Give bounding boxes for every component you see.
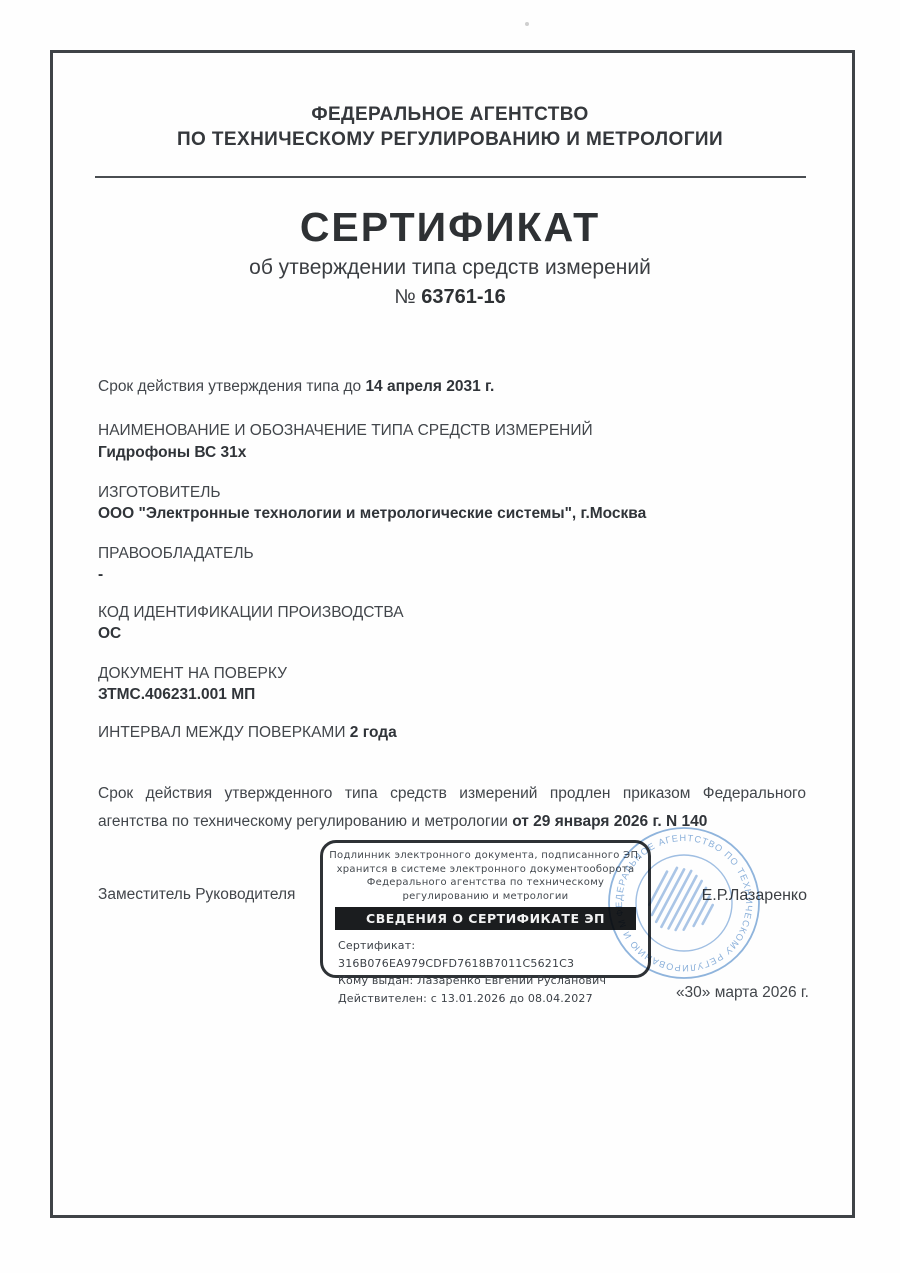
type-name-value: Гидрофоны ВС 31х <box>98 444 246 462</box>
interval-label: ИНТЕРВАЛ МЕЖДУ ПОВЕРКАМИ <box>98 724 350 741</box>
interval-value: 2 года <box>350 724 397 741</box>
esignature-preamble: Подлинник электронного документа, подпис… <box>323 849 648 903</box>
signatory-position: Заместитель Руководителя <box>98 886 295 904</box>
type-name-label: НАИМЕНОВАНИЕ И ОБОЗНАЧЕНИЕ ТИПА СРЕДСТВ … <box>98 422 593 440</box>
prolongation-paragraph: Срок действия утвержденного типа средств… <box>98 780 806 836</box>
esignature-bar-title: СВЕДЕНИЯ О СЕРТИФИКАТЕ ЭП <box>335 907 636 930</box>
agency-header-line2: ПО ТЕХНИЧЕСКОМУ РЕГУЛИРОВАНИЮ И МЕТРОЛОГ… <box>60 127 840 152</box>
agency-header: ФЕДЕРАЛЬНОЕ АГЕНТСТВО ПО ТЕХНИЧЕСКОМУ РЕ… <box>60 102 840 152</box>
document-subtitle: об утверждении типа средств измерений <box>60 256 840 280</box>
esignature-preamble-line2: хранится в системе электронного документ… <box>323 863 648 877</box>
verification-doc-label: ДОКУМЕНТ НА ПОВЕРКУ <box>98 665 287 683</box>
esignature-cert-info: Сертификат: 316B076EA979CDFD7618B7011C56… <box>338 937 648 1007</box>
interval-line: ИНТЕРВАЛ МЕЖДУ ПОВЕРКАМИ 2 года <box>98 724 397 742</box>
production-code-value: ОС <box>98 625 121 643</box>
rights-holder-value: - <box>98 566 103 584</box>
scan-artifact-dot <box>525 22 529 26</box>
prolongation-order-ref: от 29 января 2026 г. N 140 <box>512 813 707 830</box>
number-prefix: № <box>394 286 421 308</box>
certificate-number: 63761-16 <box>421 286 506 308</box>
certificate-page: ФЕДЕРАЛЬНОЕ АГЕНТСТВО ПО ТЕХНИЧЕСКОМУ РЕ… <box>0 0 900 1273</box>
esignature-cert-validity: Действителен: с 13.01.2026 до 08.04.2027 <box>338 990 648 1008</box>
esignature-preamble-line1: Подлинник электронного документа, подпис… <box>323 849 648 863</box>
prolongation-line2-regular: агентства по техническому регулированию … <box>98 813 512 830</box>
production-code-label: КОД ИДЕНТИФИКАЦИИ ПРОИЗВОДСТВА <box>98 604 404 622</box>
esignature-cert-owner: Кому выдан: Лазаренко Евгений Русланович <box>338 972 648 990</box>
agency-header-line1: ФЕДЕРАЛЬНОЕ АГЕНТСТВО <box>60 102 840 127</box>
esignature-preamble-line3: Федерального агентства по техническому <box>323 876 648 890</box>
certificate-number-line: № 63761-16 <box>60 286 840 309</box>
manufacturer-value: ООО "Электронные технологии и метрологич… <box>98 505 646 523</box>
validity-value: 14 апреля 2031 г. <box>365 378 494 395</box>
signatory-name: Е.Р.Лазаренко <box>702 887 807 905</box>
signature-date: «30» марта 2026 г. <box>676 984 809 1002</box>
prolongation-line1: Срок действия утвержденного типа средств… <box>98 780 806 808</box>
verification-doc-value: ЗТМС.406231.001 МП <box>98 686 255 704</box>
header-divider <box>95 176 806 178</box>
esignature-preamble-line4: регулированию и метрологии <box>323 890 648 904</box>
validity-label: Срок действия утверждения типа до <box>98 378 365 395</box>
validity-line: Срок действия утверждения типа до 14 апр… <box>98 378 494 396</box>
document-title: СЕРТИФИКАТ <box>60 204 840 251</box>
manufacturer-label: ИЗГОТОВИТЕЛЬ <box>98 484 221 502</box>
rights-holder-label: ПРАВООБЛАДАТЕЛЬ <box>98 545 254 563</box>
esignature-cert-serial: Сертификат: 316B076EA979CDFD7618B7011C56… <box>338 937 648 972</box>
esignature-box: Подлинник электронного документа, подпис… <box>320 840 651 978</box>
prolongation-line2: агентства по техническому регулированию … <box>98 808 806 836</box>
